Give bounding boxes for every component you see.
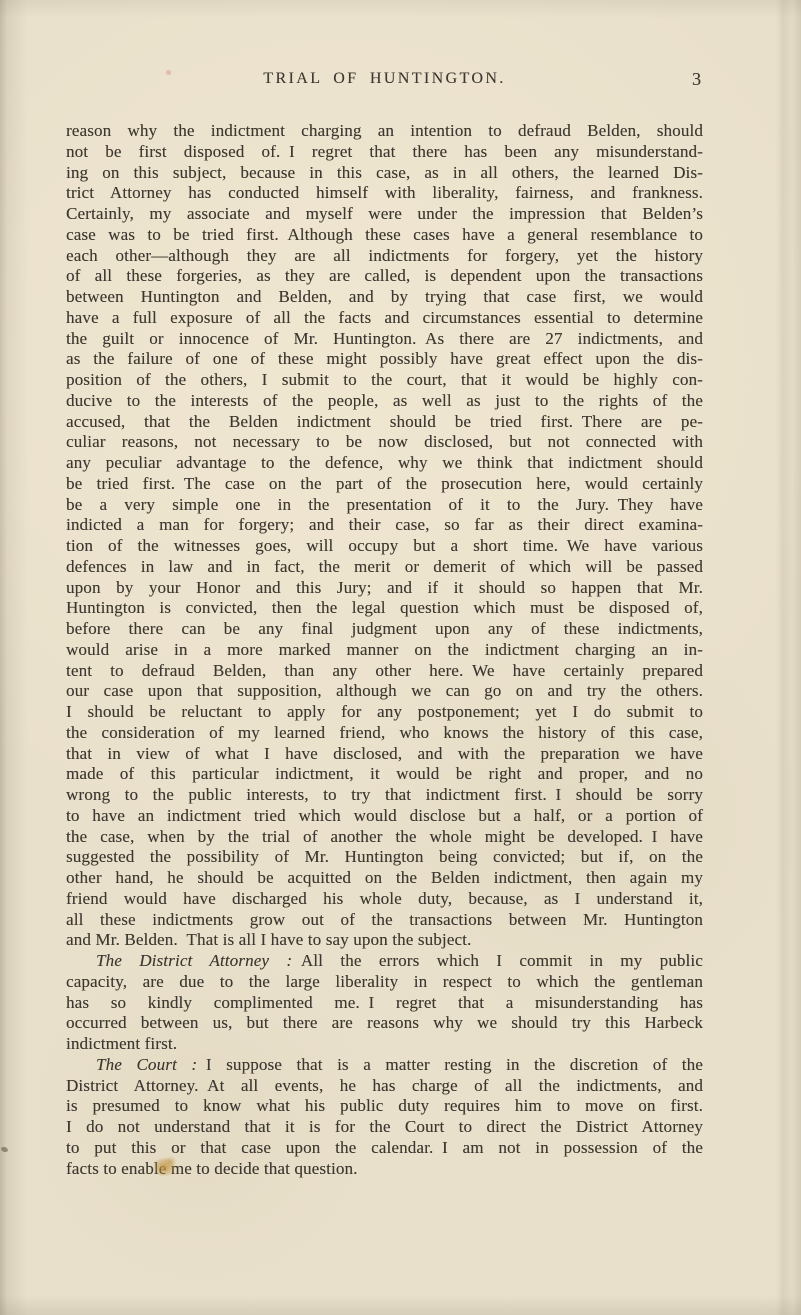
text-line: to put this or that case upon the calend… [66,1138,703,1159]
text-line: Huntington is convicted, then the legal … [66,598,703,619]
text-line: facts to enable me to decide that questi… [66,1159,703,1180]
text-line: accused, that the Belden indictment shou… [66,412,703,433]
text-line: all these indictments grow out of the tr… [66,910,703,931]
text-line: be tried first. The case on the part of … [66,474,703,495]
text-line: the consideration of my learned friend, … [66,723,703,744]
text-line: tent to defraud Belden, than any other h… [66,661,703,682]
text-line: between Huntington and Belden, and by tr… [66,287,703,308]
text-line: before there can be any final judgment u… [66,619,703,640]
text-line: has so kindly complimented me. I regret … [66,993,703,1014]
text-line: of all these forgeries, as they are call… [66,266,703,287]
paper-speck [166,70,171,75]
text-line: Certainly, my associate and myself were … [66,204,703,225]
text-line: each other—although they are all indictm… [66,246,703,267]
text-line: indictment first. [66,1034,703,1055]
text-line: position of the others, I submit to the … [66,370,703,391]
text-line: wrong to the public interests, to try th… [66,785,703,806]
text-line: upon by your Honor and this Jury; and if… [66,578,703,599]
text-line: that in view of what I have disclosed, a… [66,744,703,765]
body-text: reason why the indictment charging an in… [66,121,703,1179]
text-line: I do not understand that it is for the C… [66,1117,703,1138]
page-number: 3 [692,69,701,90]
text-line: the guilt or innocence of Mr. Huntington… [66,329,703,350]
text-line: District Attorney. At all events, he has… [66,1076,703,1097]
text-line: The District Attorney : All the errors w… [66,951,703,972]
text-line: The Court : I suppose that is a matter r… [66,1055,703,1076]
text-line: ing on this subject, because in this cas… [66,163,703,184]
text-line: tion of the witnesses goes, will occupy … [66,536,703,557]
paper-speck [0,1146,8,1153]
text-line: the case, when by the trial of another t… [66,827,703,848]
text-line: is presumed to know what his public duty… [66,1096,703,1117]
text-line: made of this particular indictment, it w… [66,764,703,785]
text-line: defences in law and in fact, the merit o… [66,557,703,578]
text-line: culiar reasons, not necessary to be now … [66,432,703,453]
text-line: friend would have discharged his whole d… [66,889,703,910]
page-title: TRIAL OF HUNTINGTON. [66,70,703,88]
text-line: indicted a man for forgery; and their ca… [66,515,703,536]
text-line: I should be reluctant to apply for any p… [66,702,703,723]
text-line: case was to be tried first. Although the… [66,225,703,246]
text-line: as the failure of one of these might pos… [66,349,703,370]
text-line: be a very simple one in the presentation… [66,495,703,516]
text-line: other hand, he should be acquitted on th… [66,868,703,889]
text-line: suggested the possibility of Mr. Hunting… [66,847,703,868]
speaker-name: The Court : [96,1055,197,1074]
text-line: have a full exposure of all the facts an… [66,308,703,329]
text-line: our case upon that supposition, although… [66,681,703,702]
text-line: any peculiar advantage to the defence, w… [66,453,703,474]
text-line: trict Attorney has conducted himself wit… [66,183,703,204]
text-line: to have an indictment tried which would … [66,806,703,827]
speaker-name: The District Attorney : [96,951,292,970]
text-line: not be first disposed of. I regret that … [66,142,703,163]
text-line: and Mr. Belden. That is all I have to sa… [66,930,703,951]
running-head: TRIAL OF HUNTINGTON. 3 [66,70,703,94]
text-line: reason why the indictment charging an in… [66,121,703,142]
scanned-page: TRIAL OF HUNTINGTON. 3 reason why the in… [0,0,801,1315]
text-line: ducive to the interests of the people, a… [66,391,703,412]
text-line: capacity, are due to the large liberalit… [66,972,703,993]
text-line: occurred between us, but there are reaso… [66,1013,703,1034]
text-line: would arise in a more marked manner on t… [66,640,703,661]
